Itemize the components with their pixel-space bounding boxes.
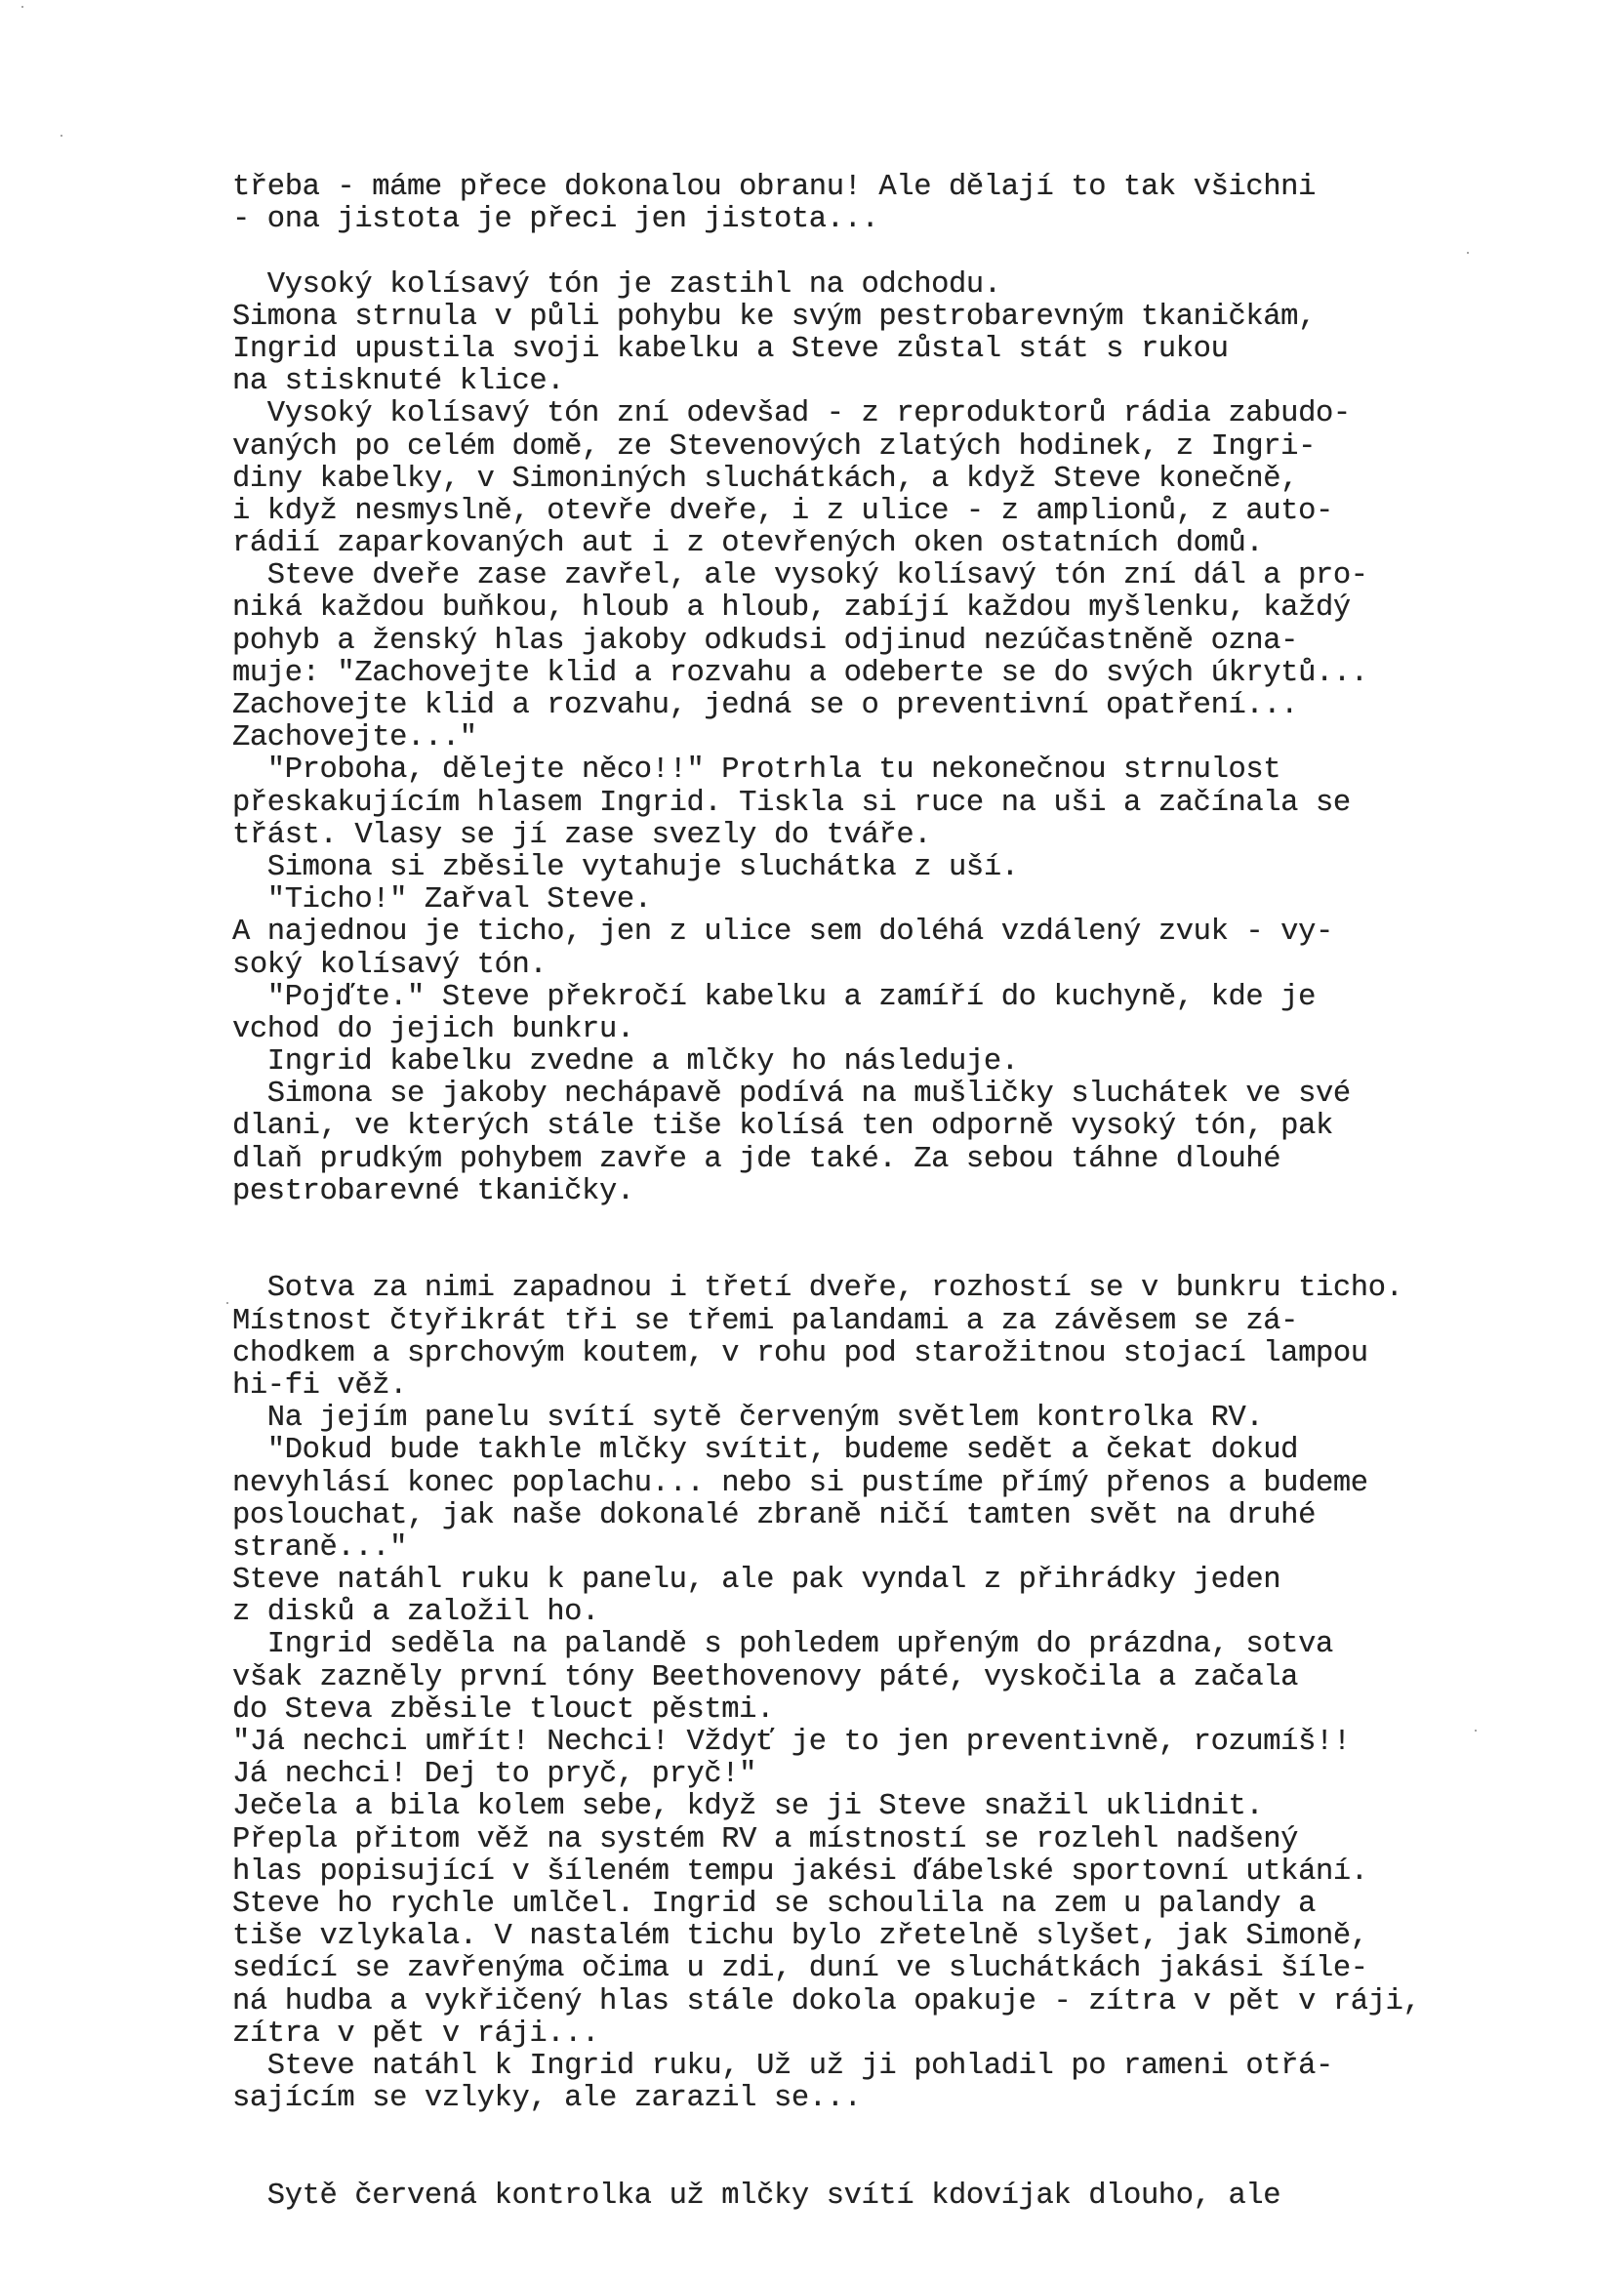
text-line: Steve ho rychle umlčel. Ingrid se schoul… bbox=[232, 1889, 1599, 1921]
text-line: Ingrid upustila svoji kabelku a Steve zů… bbox=[232, 334, 1599, 366]
text-line: pohyb a ženský hlas jakoby odkudsi odjin… bbox=[232, 626, 1599, 658]
text-line: diny kabelky, v Simoniných sluchátkách, … bbox=[232, 464, 1599, 496]
text-line: dlani, ve kterých stále tiše kolísá ten … bbox=[232, 1111, 1599, 1143]
blank-line bbox=[232, 1208, 1599, 1241]
paper-speck bbox=[226, 1302, 228, 1304]
paper-speck bbox=[1467, 252, 1469, 254]
text-line: Sytě červená kontrolka už mlčky svítí kd… bbox=[232, 2181, 1599, 2213]
text-line: však zazněly první tóny Beethovenovy pát… bbox=[232, 1662, 1599, 1694]
text-line: "Pojďte." Steve překročí kabelku a zamíř… bbox=[232, 982, 1599, 1014]
text-line: Zachovejte..." bbox=[232, 722, 1599, 754]
text-line: dlaň prudkým pohybem zavře a jde také. Z… bbox=[232, 1144, 1599, 1176]
typewritten-page: třeba - máme přece dokonalou obranu! Ale… bbox=[0, 0, 1624, 2283]
text-line: vchod do jejich bunkru. bbox=[232, 1014, 1599, 1046]
text-line: Steve natáhl ruku k panelu, ale pak vynd… bbox=[232, 1565, 1599, 1597]
blank-line bbox=[232, 2115, 1599, 2147]
typewritten-text-body: třeba - máme přece dokonalou obranu! Ale… bbox=[232, 172, 1599, 2213]
text-line: "Dokud bude takhle mlčky svítit, budeme … bbox=[232, 1435, 1599, 1467]
text-line: zítra v pět v ráji... bbox=[232, 2018, 1599, 2051]
paper-speck bbox=[21, 6, 23, 8]
text-line: třást. Vlasy se jí zase svezly do tváře. bbox=[232, 820, 1599, 852]
text-line: soký kolísavý tón. bbox=[232, 950, 1599, 982]
text-line: na stisknuté klice. bbox=[232, 366, 1599, 398]
text-line: hlas popisující v šíleném tempu jakési ď… bbox=[232, 1856, 1599, 1889]
text-line: Simona si zběsile vytahuje sluchátka z u… bbox=[232, 852, 1599, 884]
text-line: nevyhlásí konec poplachu... nebo si pust… bbox=[232, 1468, 1599, 1500]
text-line: poslouchat, jak naše dokonalé zbraně nič… bbox=[232, 1500, 1599, 1532]
text-line: straně..." bbox=[232, 1532, 1599, 1565]
text-line: "Já nechci umřít! Nechci! Vždyť je to je… bbox=[232, 1727, 1599, 1759]
text-line: třeba - máme přece dokonalou obranu! Ale… bbox=[232, 172, 1599, 204]
text-line: hi-fi věž. bbox=[232, 1370, 1599, 1403]
text-line: rádií zaparkovaných aut i z otevřených o… bbox=[232, 528, 1599, 560]
text-line: Já nechci! Dej to pryč, pryč!" bbox=[232, 1759, 1599, 1791]
text-line: Steve natáhl k Ingrid ruku, Už už ji poh… bbox=[232, 2051, 1599, 2083]
text-line: Simona se jakoby nechápavě podívá na muš… bbox=[232, 1079, 1599, 1111]
text-line: A najednou je ticho, jen z ulice sem dol… bbox=[232, 917, 1599, 949]
text-line: chodkem a sprchovým koutem, v rohu pod s… bbox=[232, 1338, 1599, 1370]
text-line: Ingrid kabelku zvedne a mlčky ho následu… bbox=[232, 1046, 1599, 1079]
text-line: přeskakujícím hlasem Ingrid. Tiskla si r… bbox=[232, 788, 1599, 820]
blank-line bbox=[232, 1241, 1599, 1273]
paper-speck bbox=[1475, 1730, 1477, 1732]
paper-speck bbox=[61, 135, 62, 137]
text-line: Sotva za nimi zapadnou i třetí dveře, ro… bbox=[232, 1273, 1599, 1305]
text-line: "Ticho!" Zařval Steve. bbox=[232, 884, 1599, 917]
text-line: z disků a založil ho. bbox=[232, 1597, 1599, 1629]
text-line: i když nesmyslně, otevře dveře, i z ulic… bbox=[232, 496, 1599, 528]
text-line: niká každou buňkou, hloub a hloub, zabíj… bbox=[232, 592, 1599, 625]
text-line: sedící se zavřenýma očima u zdi, duní ve… bbox=[232, 1953, 1599, 1985]
text-line: tiše vzlykala. V nastalém tichu bylo zře… bbox=[232, 1921, 1599, 1953]
text-line: Na jejím panelu svítí sytě červeným svět… bbox=[232, 1403, 1599, 1435]
text-line: sajícím se vzlyky, ale zarazil se... bbox=[232, 2083, 1599, 2115]
text-line: Zachovejte klid a rozvahu, jedná se o pr… bbox=[232, 690, 1599, 722]
blank-line bbox=[232, 236, 1599, 268]
text-line: do Steva zběsile tlouct pěstmi. bbox=[232, 1694, 1599, 1727]
blank-line bbox=[232, 2147, 1599, 2180]
text-line: pestrobarevné tkaničky. bbox=[232, 1176, 1599, 1208]
text-line: "Proboha, dělejte něco!!" Protrhla tu ne… bbox=[232, 754, 1599, 787]
text-line: muje: "Zachovejte klid a rozvahu a odebe… bbox=[232, 658, 1599, 690]
text-line: Ječela a bila kolem sebe, když se ji Ste… bbox=[232, 1791, 1599, 1823]
text-line: Steve dveře zase zavřel, ale vysoký kolí… bbox=[232, 560, 1599, 592]
text-line: Přepla přitom věž na systém RV a místnos… bbox=[232, 1824, 1599, 1856]
text-line: - ona jistota je přeci jen jistota... bbox=[232, 204, 1599, 236]
text-line: Ingrid seděla na palandě s pohledem upře… bbox=[232, 1629, 1599, 1661]
text-line: ná hudba a vykřičený hlas stále dokola o… bbox=[232, 1986, 1599, 2018]
text-line: Místnost čtyřikrát tři se třemi palandam… bbox=[232, 1306, 1599, 1338]
text-line: Vysoký kolísavý tón zní odevšad - z repr… bbox=[232, 398, 1599, 430]
text-line: vaných po celém domě, ze Stevenových zla… bbox=[232, 431, 1599, 464]
text-line: Vysoký kolísavý tón je zastihl na odchod… bbox=[232, 269, 1599, 302]
text-line: Simona strnula v půli pohybu ke svým pes… bbox=[232, 302, 1599, 334]
